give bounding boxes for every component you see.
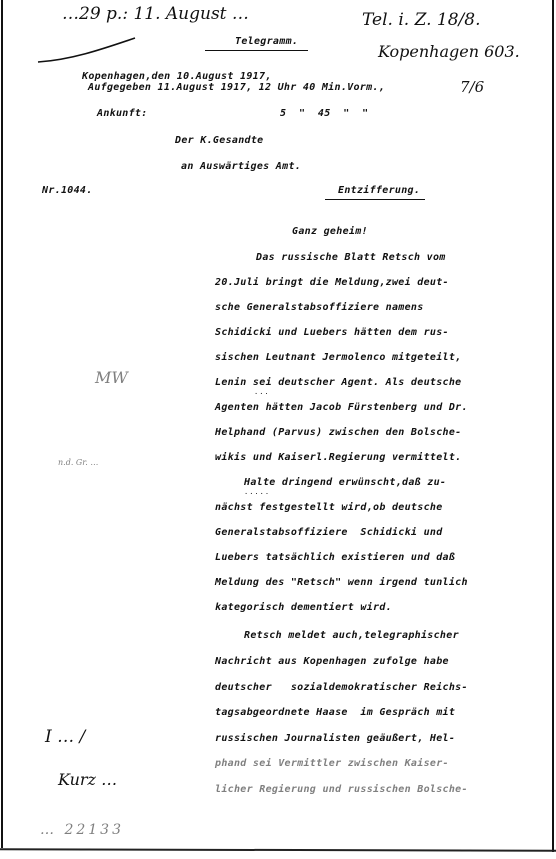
handwritten-bottom-1: I … / xyxy=(45,727,85,747)
title-underline xyxy=(205,50,308,51)
place-date: Kopenhagen,den 10.August 1917, xyxy=(82,71,272,82)
handwritten-note-top-left: …29 p.: 11. August … xyxy=(62,4,249,24)
body-line: Lenin sei deutscher Agent. Als deutsche xyxy=(215,377,462,388)
body-line: Helphand (Parvus) zwischen den Bolsche- xyxy=(215,427,462,438)
emphasis-dots: ..... xyxy=(244,488,270,496)
decipher-underline xyxy=(325,199,425,200)
body-line: Meldung des "Retsch" wenn irgend tunlich xyxy=(215,577,468,588)
handwritten-swash xyxy=(30,30,150,66)
handwritten-bottom-2: Kurz … xyxy=(58,770,117,789)
body-line: Luebers tatsächlich existieren und daß xyxy=(215,552,455,563)
body-line: Nachricht aus Kopenhagen zufolge habe xyxy=(215,656,449,667)
emphasis-dots: ... xyxy=(254,388,270,396)
body-line: kategorisch dementiert wird. xyxy=(215,602,392,613)
handwritten-bottom-3: … 22133 xyxy=(40,822,124,838)
page-border-left xyxy=(1,0,3,848)
handwritten-note-top-right-2: Kopenhagen 603. xyxy=(378,42,520,61)
body-line: wikis und Kaiserl.Regierung vermittelt. xyxy=(215,452,462,463)
body-line: sche Generalstabsoffiziere namens xyxy=(215,302,424,313)
body-line: Retsch meldet auch,telegraphischer xyxy=(244,630,459,641)
arrival-time: 5 " 45 " " xyxy=(280,108,369,119)
classification: Ganz geheim! xyxy=(292,226,368,237)
page-border-bottom xyxy=(0,848,556,851)
handwritten-note-top-right-3: 7/6 xyxy=(460,78,484,96)
margin-initials: MW xyxy=(95,368,128,387)
recipient: an Auswärtiges Amt. xyxy=(181,161,301,172)
body-line: licher Regierung und russischen Bolsche- xyxy=(215,784,468,795)
margin-stamp: n.d. Gr. … xyxy=(58,458,98,467)
handwritten-note-top-right-1: Tel. i. Z. 18/8. xyxy=(362,10,480,30)
page-border-right xyxy=(552,0,554,852)
decipher-label: Entzifferung. xyxy=(338,185,420,196)
sent-time: Aufgegeben 11.August 1917, 12 Uhr 40 Min… xyxy=(88,82,385,93)
body-line: Schidicki und Luebers hätten dem rus- xyxy=(215,327,449,338)
telegram-number: Nr.1044. xyxy=(42,185,93,196)
body-line: 20.Juli bringt die Meldung,zwei deut- xyxy=(215,277,449,288)
body-line: phand sei Vermittler zwischen Kaiser- xyxy=(215,758,449,769)
body-line: sischen Leutnant Jermolenco mitgeteilt, xyxy=(215,352,462,363)
body-line: deutscher sozialdemokratischer Reichs- xyxy=(215,682,468,693)
body-line: Agenten hätten Jacob Fürstenberg und Dr. xyxy=(215,402,468,413)
document-title: Telegramm. xyxy=(235,36,298,47)
body-line: tagsabgeordnete Haase im Gespräch mit xyxy=(215,707,455,718)
body-line: Halte dringend erwünscht,daß zu- xyxy=(244,477,446,488)
body-line: nächst festgestellt wird,ob deutsche xyxy=(215,502,443,513)
sender: Der K.Gesandte xyxy=(175,135,264,146)
body-line: russischen Journalisten geäußert, Hel- xyxy=(215,733,455,744)
body-line: Das russische Blatt Retsch vom xyxy=(256,252,446,263)
arrival-label: Ankunft: xyxy=(97,108,148,119)
body-line: Generalstabsoffiziere Schidicki und xyxy=(215,527,443,538)
scanned-telegram-page: …29 p.: 11. August … Tel. i. Z. 18/8. Ko… xyxy=(0,0,556,859)
